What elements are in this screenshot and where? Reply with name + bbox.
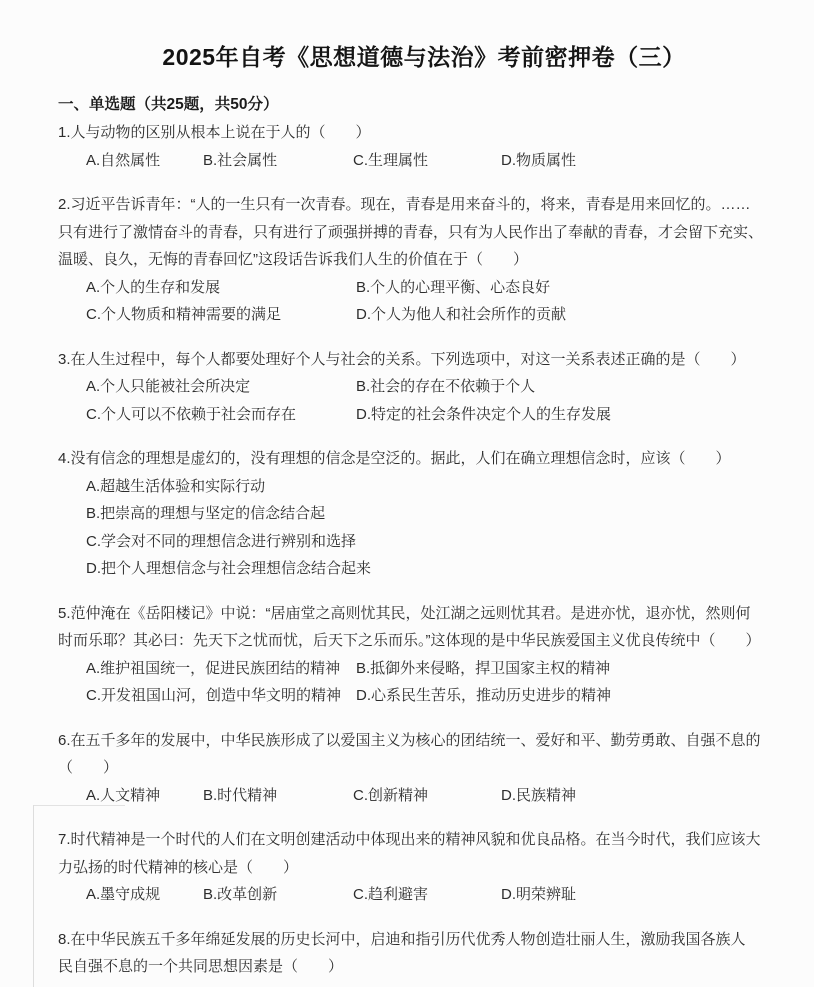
option-row: A.维护祖国统一，促进民族团结的精神B.抵御外来侵略，捍卫国家主权的精神	[58, 655, 790, 683]
question-block-3: 3.在人生过程中，每个人都要处理好个人与社会的关系。下列选项中，对这一关系表述正…	[58, 346, 790, 429]
option-row: A.自然属性B.社会属性C.生理属性D.物质属性	[58, 147, 790, 175]
question-stem: 5.范仲淹在《岳阳楼记》中说：“居庙堂之高则忧其民，处江湖之远则忧其君。是进亦忧…	[58, 600, 790, 655]
question-block-7: 7.时代精神是一个时代的人们在文明创建活动中体现出来的精神风貌和优良品格。在当今…	[58, 826, 790, 909]
option: D.个人为他人和社会所作的贡献	[356, 301, 790, 329]
question-stem: 3.在人生过程中，每个人都要处理好个人与社会的关系。下列选项中，对这一关系表述正…	[58, 346, 790, 374]
option-row: C.个人物质和精神需要的满足D.个人为他人和社会所作的贡献	[58, 301, 790, 329]
option: A.超越生活体验和实际行动	[86, 473, 790, 501]
option: B.抵御外来侵略，捍卫国家主权的精神	[356, 655, 790, 683]
option-row: A.墨守成规B.改革创新C.趋利避害D.明荣辨耻	[58, 881, 790, 909]
option: D.特定的社会条件决定个人的生存发展	[356, 401, 790, 429]
option: C.趋利避害	[353, 881, 501, 909]
section-heading: 一、单选题（共25题，共50分）	[58, 95, 790, 115]
option: B.社会属性	[203, 147, 353, 175]
option: D.把个人理想信念与社会理想信念结合起来	[86, 555, 790, 583]
page-title: 2025年自考《思想道德与法治》考前密押卷（三）	[58, 42, 790, 72]
question-list: 1.人与动物的区别从根本上说在于人的（ ）A.自然属性B.社会属性C.生理属性D…	[58, 119, 790, 981]
option: A.维护祖国统一，促进民族团结的精神	[86, 655, 356, 683]
question-block-4: 4.没有信念的理想是虚幻的，没有理想的信念是空泛的。据此，人们在确立理想信念时，…	[58, 445, 790, 583]
question-stem: 1.人与动物的区别从根本上说在于人的（ ）	[58, 119, 790, 147]
question-block-6: 6.在五千多年的发展中，中华民族形成了以爱国主义为核心的团结统一、爱好和平、勤劳…	[58, 727, 790, 810]
option-row: C.个人可以不依赖于社会而存在D.特定的社会条件决定个人的生存发展	[58, 401, 790, 429]
question-stem: 4.没有信念的理想是虚幻的，没有理想的信念是空泛的。据此，人们在确立理想信念时，…	[58, 445, 790, 473]
option: B.个人的心理平衡、心态良好	[356, 274, 790, 302]
option: C.学会对不同的理想信念进行辨别和选择	[86, 528, 790, 556]
option-row: A.超越生活体验和实际行动	[58, 473, 790, 501]
option: D.心系民生苦乐，推动历史进步的精神	[356, 682, 790, 710]
option-row: D.把个人理想信念与社会理想信念结合起来	[58, 555, 790, 583]
question-block-1: 1.人与动物的区别从根本上说在于人的（ ）A.自然属性B.社会属性C.生理属性D…	[58, 119, 790, 174]
option-row: B.把崇高的理想与坚定的信念结合起	[58, 500, 790, 528]
option: C.创新精神	[353, 782, 501, 810]
option-row: A.个人只能被社会所决定B.社会的存在不依赖于个人	[58, 373, 790, 401]
question-block-2: 2.习近平告诉青年：“人的一生只有一次青春。现在，青春是用来奋斗的，将来，青春是…	[58, 191, 790, 329]
option: A.墨守成规	[86, 881, 203, 909]
option-row: C.开发祖国山河，创造中华文明的精神D.心系民生苦乐，推动历史进步的精神	[58, 682, 790, 710]
option: D.明荣辨耻	[501, 881, 790, 909]
option: B.社会的存在不依赖于个人	[356, 373, 790, 401]
option-row: C.学会对不同的理想信念进行辨别和选择	[58, 528, 790, 556]
option: C.生理属性	[353, 147, 501, 175]
page-edge-line-horizontal	[33, 805, 125, 806]
option-row: A.人文精神B.时代精神C.创新精神D.民族精神	[58, 782, 790, 810]
option: B.时代精神	[203, 782, 353, 810]
question-stem: 2.习近平告诉青年：“人的一生只有一次青春。现在，青春是用来奋斗的，将来，青春是…	[58, 191, 790, 274]
option: B.把崇高的理想与坚定的信念结合起	[86, 500, 790, 528]
option: A.自然属性	[86, 147, 203, 175]
option: C.个人可以不依赖于社会而存在	[86, 401, 356, 429]
option: D.物质属性	[501, 147, 790, 175]
option: C.开发祖国山河，创造中华文明的精神	[86, 682, 356, 710]
question-block-8: 8.在中华民族五千多年绵延发展的历史长河中，启迪和指引历代优秀人物创造壮丽人生，…	[58, 926, 790, 981]
exam-page: 2025年自考《思想道德与法治》考前密押卷（三） 一、单选题（共25题，共50分…	[0, 0, 814, 981]
question-block-5: 5.范仲淹在《岳阳楼记》中说：“居庙堂之高则忧其民，处江湖之远则忧其君。是进亦忧…	[58, 600, 790, 710]
page-edge-line-vertical	[33, 805, 34, 987]
question-stem: 8.在中华民族五千多年绵延发展的历史长河中，启迪和指引历代优秀人物创造壮丽人生，…	[58, 926, 790, 981]
option-row: A.个人的生存和发展B.个人的心理平衡、心态良好	[58, 274, 790, 302]
option: B.改革创新	[203, 881, 353, 909]
option: D.民族精神	[501, 782, 790, 810]
option: C.个人物质和精神需要的满足	[86, 301, 356, 329]
question-stem: 7.时代精神是一个时代的人们在文明创建活动中体现出来的精神风貌和优良品格。在当今…	[58, 826, 790, 881]
question-stem: 6.在五千多年的发展中，中华民族形成了以爱国主义为核心的团结统一、爱好和平、勤劳…	[58, 727, 790, 782]
option: A.个人只能被社会所决定	[86, 373, 356, 401]
option: A.个人的生存和发展	[86, 274, 356, 302]
